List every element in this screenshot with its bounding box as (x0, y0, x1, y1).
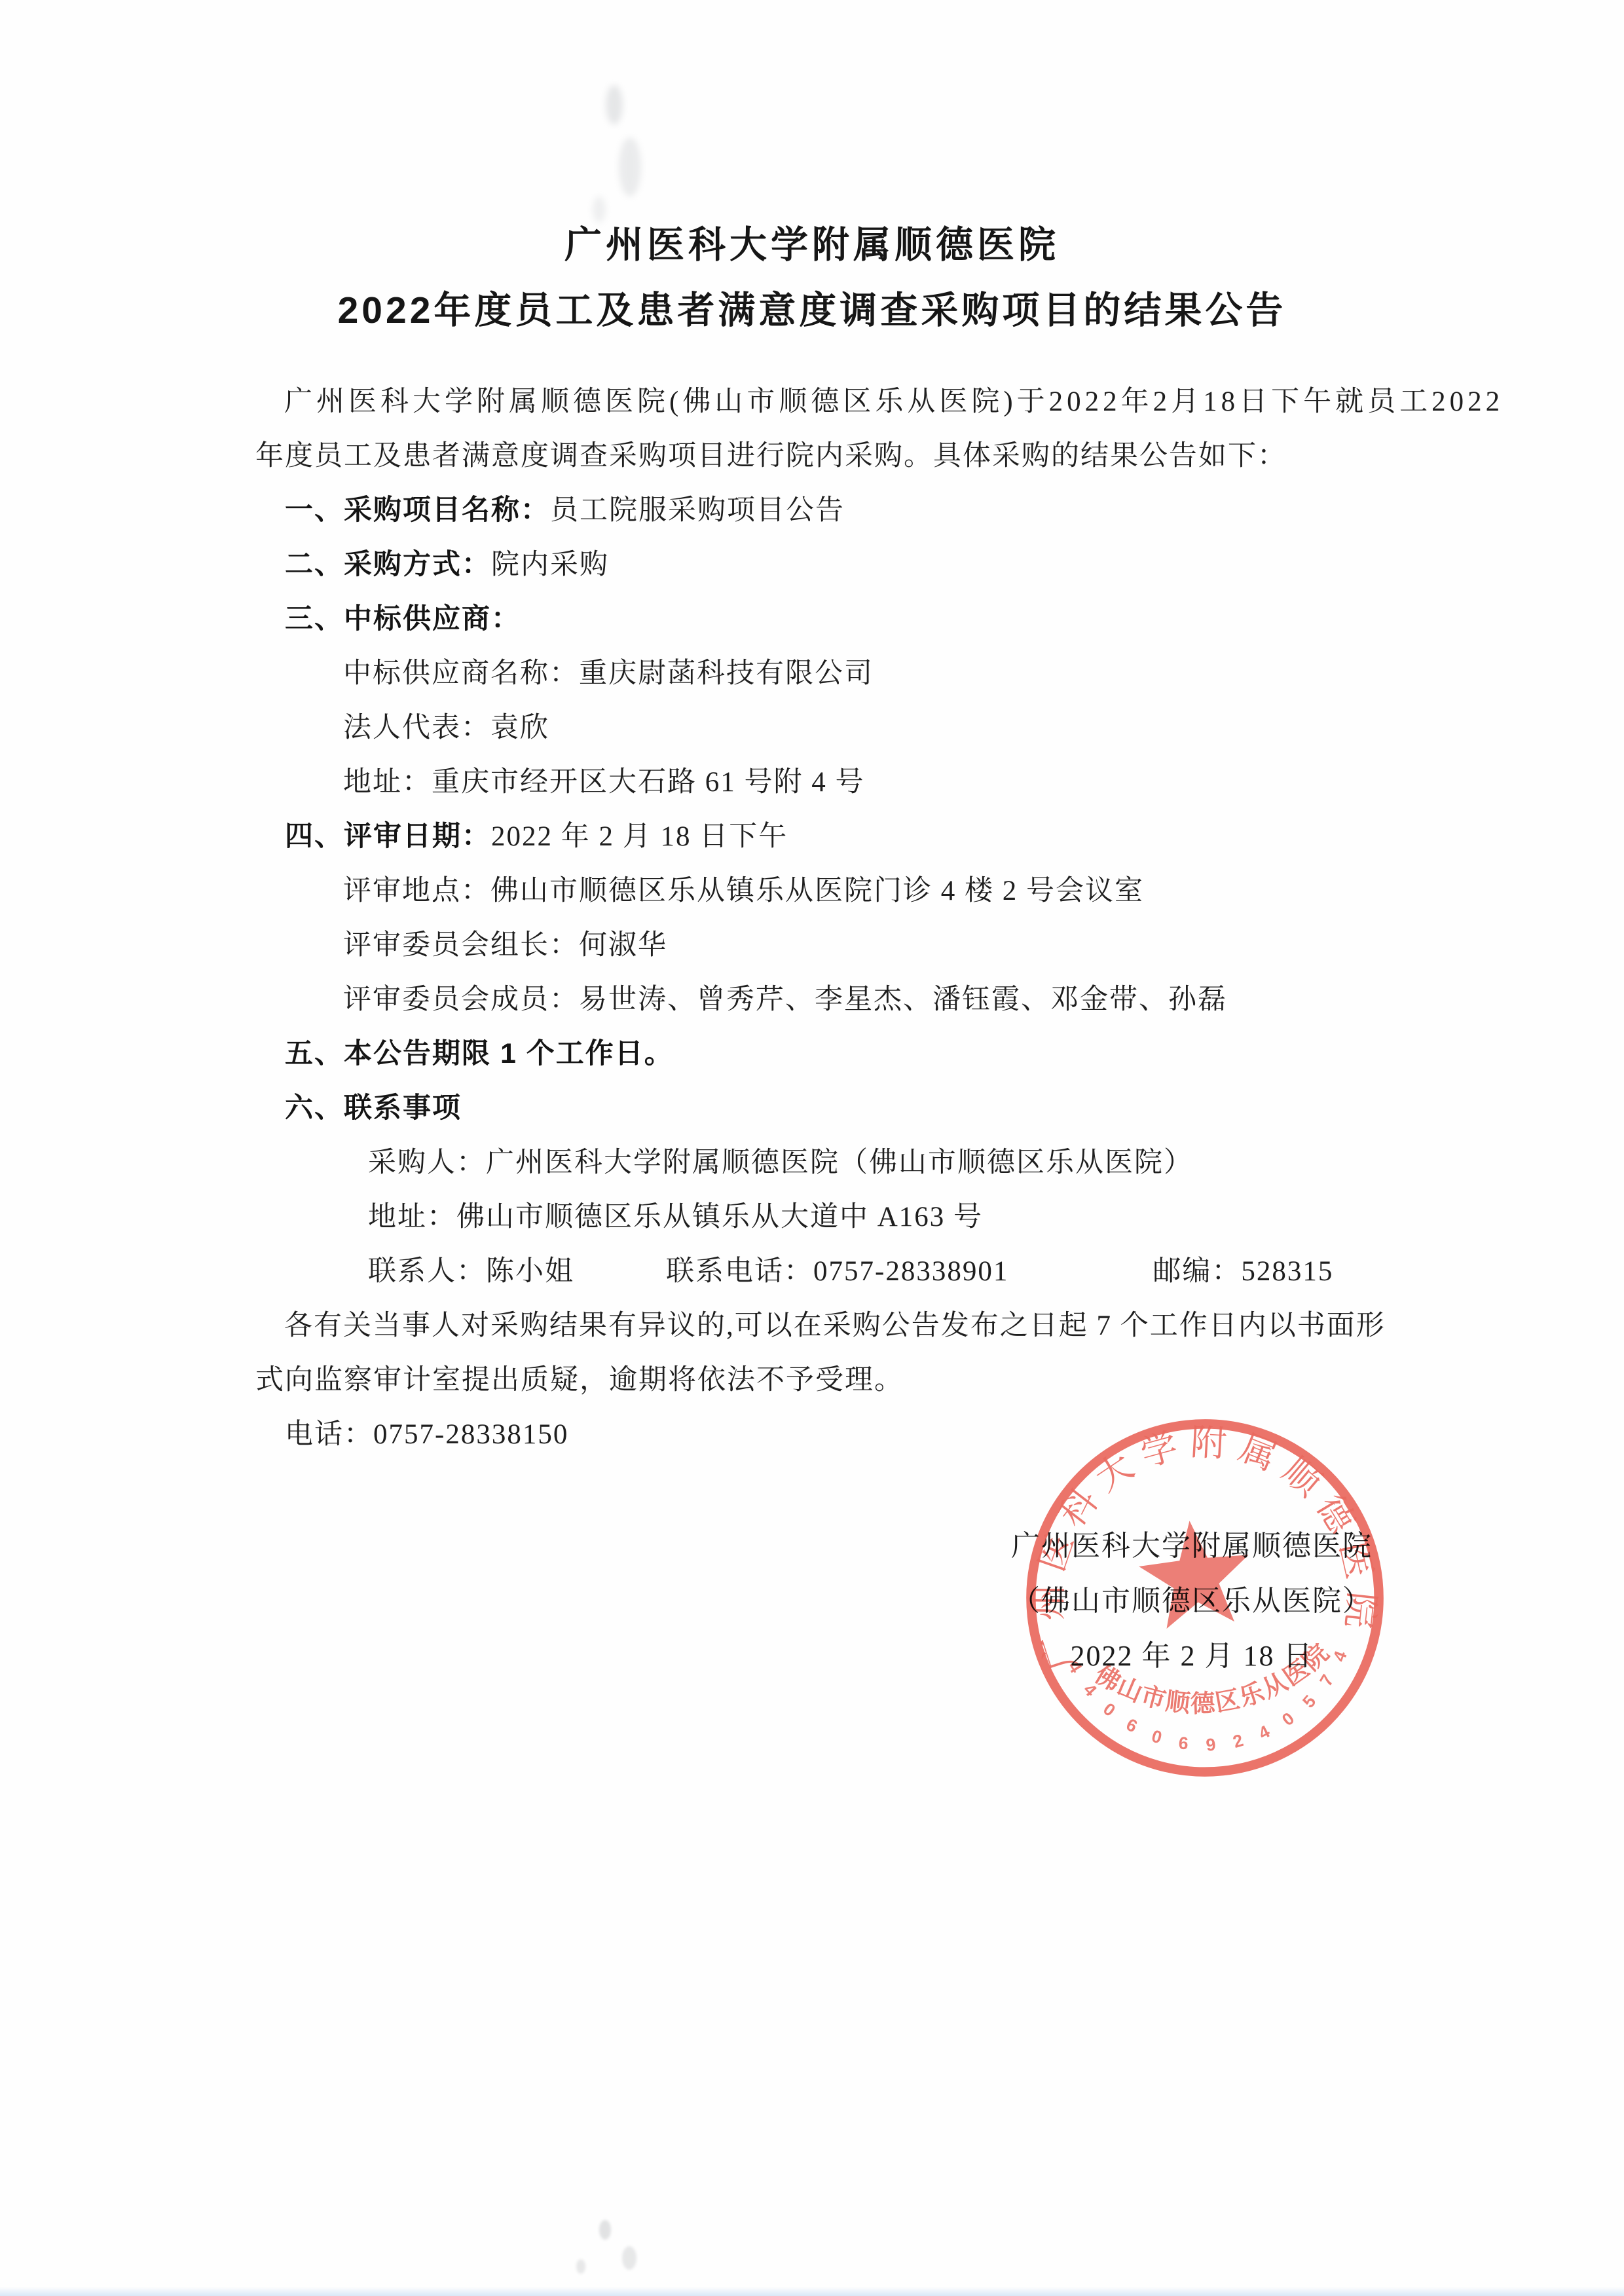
item-4-value: 2022 年 2 月 18 日下午 (491, 821, 788, 852)
supplier-address: 地址：重庆市经开区大石路 61 号附 4 号 (343, 767, 865, 798)
line-item-6-sub-1: 采购人：广州医科大学附属顺德医院（佛山市顺德区乐从医院） (255, 1136, 1376, 1190)
line-item-2: 二、采购方式：院内采购 (255, 538, 1376, 592)
doc-subtitle: 2022年度员工及患者满意度调查采购项目的结果公告 (0, 280, 1624, 334)
item-3-label: 三、中标供应商： (285, 603, 521, 635)
review-location: 评审地点：佛山市顺德区乐从镇乐从医院门诊 4 楼 2 号会议室 (343, 876, 1144, 906)
line-item-4-sub-2: 评审委员会组长：何淑华 (255, 918, 1376, 972)
supplier-name: 中标供应商名称：重庆尉菡科技有限公司 (343, 658, 874, 689)
item-1-value: 员工院服采购项目公告 (550, 495, 845, 526)
line-dept-phone: 电话：0757-28338150 (255, 1407, 1376, 1462)
legal-representative: 法人代表：袁欣 (343, 713, 549, 743)
objection-text-2: 式向监察审计室提出质疑，逾期将依法不予受理。 (255, 1365, 904, 1396)
item-5-label: 五、本公告期限 1 个工作日。 (285, 1038, 674, 1069)
signature-block: 广州医科大学附属顺德医院 （佛山市顺德区乐从医院） 2022 年 2 月 18 … (982, 1519, 1401, 1684)
doc-body: 广州医科大学附属顺德医院(佛山市顺德区乐从医院)于2022年2月18日下午就员工… (255, 375, 1376, 1462)
committee-members: 评审委员会成员：易世涛、曾秀芹、李星杰、潘钰霞、邓金带、孙磊 (343, 984, 1227, 1015)
scanned-document-page: 广州医科大学附属顺德医院 2022年度员工及患者满意度调查采购项目的结果公告 广… (0, 0, 1624, 2296)
line-item-3-sub-3: 地址：重庆市经开区大石路 61 号附 4 号 (255, 755, 1376, 809)
intro-text-2: 年度员工及患者满意度调查采购项目进行院内采购。具体采购的结果公告如下： (255, 441, 1287, 472)
scan-artifact (576, 2259, 585, 2274)
committee-leader: 评审委员会组长：何淑华 (343, 930, 667, 961)
scan-artifact (599, 2220, 611, 2240)
objection-line-2: 式向监察审计室提出质疑，逾期将依法不予受理。 (255, 1353, 1376, 1407)
scan-artifact (619, 138, 641, 196)
contact-phone: 联系电话：0757-28338901 (666, 1256, 1008, 1287)
doc-title: 广州医科大学附属顺德医院 (0, 215, 1624, 268)
line-item-6-sub-2: 地址：佛山市顺德区乐从镇乐从大道中 A163 号 (255, 1190, 1376, 1244)
purchaser: 采购人：广州医科大学附属顺德医院（佛山市顺德区乐从医院） (368, 1147, 1193, 1178)
purchaser-address: 地址：佛山市顺德区乐从镇乐从大道中 A163 号 (368, 1202, 983, 1232)
item-1-label: 一、采购项目名称： (285, 494, 550, 526)
signature-org-alias: （佛山市顺德区乐从医院） (982, 1574, 1401, 1629)
postcode: 邮编：528315 (1153, 1256, 1333, 1287)
scanner-edge-artifact (0, 2287, 1624, 2296)
objection-line-1: 各有关当事人对采购结果有异议的,可以在采购公告发布之日起 7 个工作日内以书面形 (255, 1299, 1376, 1353)
line-item-4-sub-1: 评审地点：佛山市顺德区乐从镇乐从医院门诊 4 楼 2 号会议室 (255, 864, 1376, 918)
line-item-5: 五、本公告期限 1 个工作日。 (255, 1027, 1376, 1081)
line-item-3: 三、中标供应商： (255, 592, 1376, 646)
line-item-4-sub-3: 评审委员会成员：易世涛、曾秀芹、李星杰、潘钰霞、邓金带、孙磊 (255, 972, 1376, 1027)
dept-phone: 电话：0757-28338150 (285, 1419, 568, 1450)
item-6-label: 六、联系事项 (285, 1092, 462, 1124)
line-item-4: 四、评审日期：2022 年 2 月 18 日下午 (255, 809, 1376, 864)
contact-person: 联系人：陈小姐 (368, 1256, 574, 1287)
line-contact: 联系人：陈小姐联系电话：0757-28338901邮编：528315 (255, 1244, 1376, 1299)
line-item-3-sub-1: 中标供应商名称：重庆尉菡科技有限公司 (255, 646, 1376, 701)
item-4-label: 四、评审日期： (285, 821, 491, 852)
scan-artifact (622, 2246, 637, 2270)
item-2-value: 院内采购 (491, 549, 609, 580)
scan-artifact (606, 85, 623, 124)
objection-text-1: 各有关当事人对采购结果有异议的,可以在采购公告发布之日起 7 个工作日内以书面形 (284, 1310, 1386, 1341)
signature-date: 2022 年 2 月 18 日 (982, 1629, 1401, 1684)
intro-text-1: 广州医科大学附属顺德医院(佛山市顺德区乐从医院)于2022年2月18日下午就员工… (284, 386, 1504, 417)
line-item-1: 一、采购项目名称：员工院服采购项目公告 (255, 483, 1376, 538)
signature-org: 广州医科大学附属顺德医院 (982, 1519, 1401, 1574)
item-2-label: 二、采购方式： (285, 549, 491, 580)
line-item-3-sub-2: 法人代表：袁欣 (255, 701, 1376, 755)
intro-line-1: 广州医科大学附属顺德医院(佛山市顺德区乐从医院)于2022年2月18日下午就员工… (255, 375, 1376, 429)
intro-line-2: 年度员工及患者满意度调查采购项目进行院内采购。具体采购的结果公告如下： (255, 429, 1376, 483)
line-item-6: 六、联系事项 (255, 1081, 1376, 1136)
